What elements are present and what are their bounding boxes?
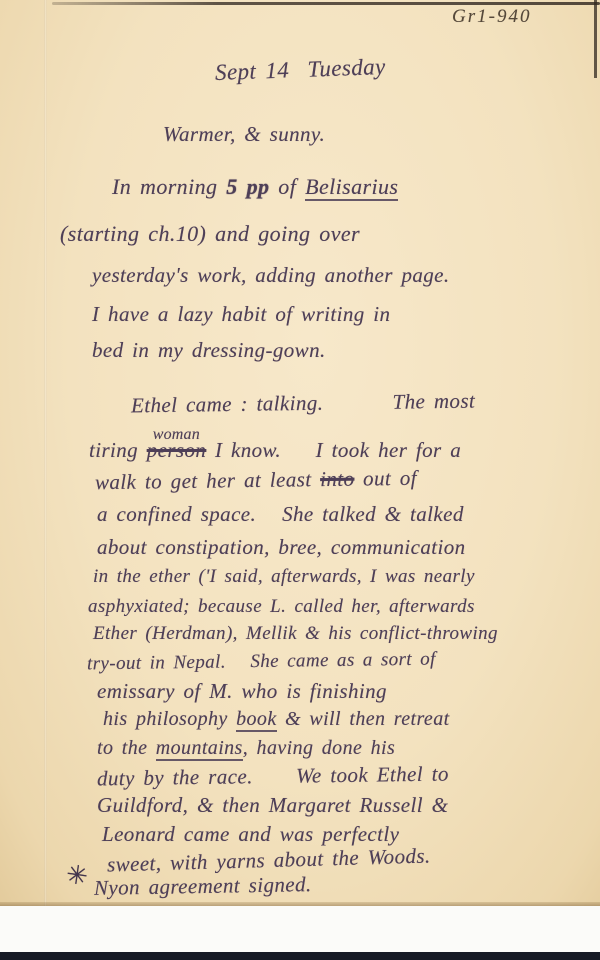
line-text: his philosophy	[103, 708, 236, 730]
line-text: out of	[354, 466, 417, 491]
diary-line: asphyxiated; because L. called her, afte…	[88, 595, 475, 619]
struck-word: into	[320, 467, 355, 491]
diary-line: Guildford, & then Margaret Russell &	[97, 793, 448, 817]
diary-line: Ethel came : talking. The most	[131, 389, 475, 418]
correction: personwoman	[147, 438, 207, 462]
diary-line: yesterday's work, adding another page.	[92, 263, 450, 287]
diary-line: Leonard came and was perfectly	[102, 822, 399, 846]
line-text: walk to get her at least	[95, 467, 320, 494]
diary-line: (starting ch.10) and going over	[60, 222, 360, 246]
scan-bottom-bar	[0, 952, 600, 960]
diary-line: a confined space. She talked & talked	[97, 502, 464, 526]
underlined-word: book	[236, 708, 276, 732]
diary-line: duty by the race. We took Ethel to	[97, 762, 449, 791]
catalog-mark: Gr1-940	[452, 6, 582, 28]
morning-of: of	[269, 174, 305, 199]
page-right-edge	[594, 0, 597, 78]
diary-line-nyon: Nyon agreement signed.	[94, 872, 312, 900]
line-text: to the	[97, 737, 156, 759]
page-count: 5 pp	[226, 174, 269, 199]
scan-margin	[0, 906, 600, 952]
diary-line: about constipation, bree, communication	[97, 535, 466, 559]
diary-line: emissary of M. who is finishing	[97, 679, 387, 703]
diary-line-morning: In morning 5 pp of Belisarius	[112, 175, 398, 199]
book-title-underlined: Belisarius	[305, 174, 398, 201]
diary-line: Ether (Herdman), Mellik & his conflict-t…	[93, 622, 498, 646]
diary-page-scan: Gr1-940 Sept 14 Tuesday Warmer, & sunny.…	[0, 0, 600, 960]
paper-crease	[44, 0, 47, 906]
line-text: tiring	[89, 438, 147, 462]
diary-line-weather: Warmer, & sunny.	[163, 122, 325, 146]
underlined-word: mountains	[156, 737, 243, 761]
morning-text: In morning	[112, 174, 226, 199]
line-text: & will then retreat	[277, 708, 450, 730]
star-mark-icon: ✳	[64, 863, 89, 890]
diary-line: try-out in Nepal. She came as a sort of	[87, 648, 436, 677]
diary-line-with-underline: his philosophy book & will then retreat	[103, 707, 450, 731]
diary-line: in the ether ('I said, afterwards, I was…	[93, 565, 475, 589]
line-text: , having done his	[243, 737, 395, 759]
diary-line-with-underline: to the mountains, having done his	[97, 736, 395, 760]
diary-line: I have a lazy habit of writing in	[92, 302, 390, 326]
diary-line: bed in my dressing-gown.	[92, 338, 326, 362]
line-text: I know. I took her for a	[206, 438, 461, 462]
inserted-word: woman	[153, 423, 200, 447]
diary-line-with-correction: walk to get her at least into out of	[95, 466, 417, 494]
page-top-edge	[52, 2, 600, 5]
diary-line-with-correction: tiring personwoman I know. I took her fo…	[89, 438, 461, 462]
